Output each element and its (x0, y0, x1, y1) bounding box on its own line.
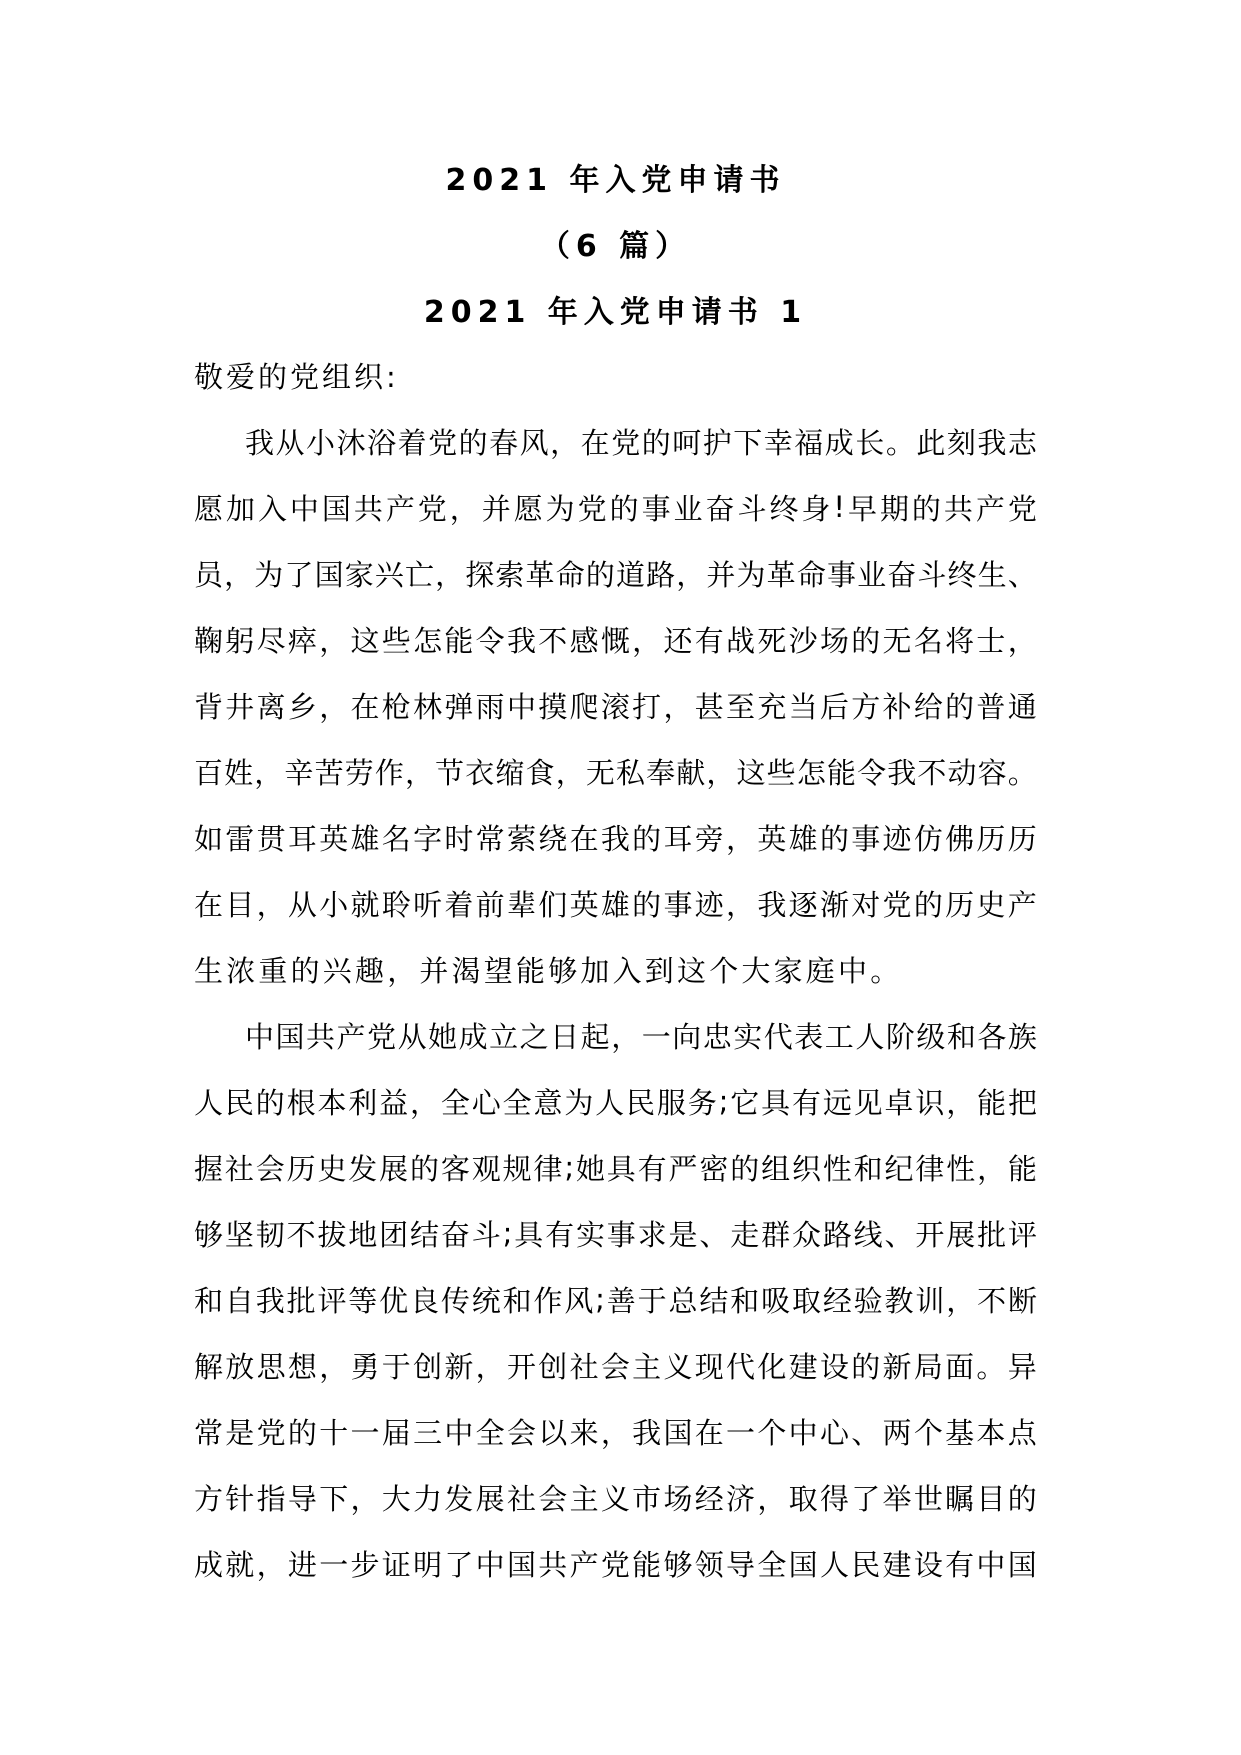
text-line: 背井离乡，在枪林弹雨中摸爬滚打，甚至充当后方补给的普通 (194, 672, 1037, 738)
text-line: 解放思想，勇于创新，开创社会主义现代化建设的新局面。异 (194, 1332, 1037, 1398)
text-line: 鞠躬尽瘁，这些怎能令我不感慨，还有战死沙场的无名将士， (194, 606, 1037, 672)
text-line: 在目，从小就聆听着前辈们英雄的事迹，我逐渐对党的历史产 (194, 870, 1037, 936)
document-subtitle: （6 篇） (194, 210, 1037, 276)
text-line: 常是党的十一届三中全会以来，我国在一个中心、两个基本点 (194, 1398, 1037, 1464)
text-line: 方针指导下，大力发展社会主义市场经济，取得了举世瞩目的 (194, 1464, 1037, 1530)
text-line: 人民的根本利益，全心全意为人民服务;它具有远见卓识，能把 (194, 1068, 1037, 1134)
text-line: 够坚韧不拔地团结奋斗;具有实事求是、走群众路线、开展批评 (194, 1200, 1037, 1266)
document-body: 我从小沐浴着党的春风，在党的呵护下幸福成长。此刻我志愿加入中国共产党，并愿为党的… (194, 408, 1037, 1596)
section-title: 2021 年入党申请书 1 (194, 276, 1037, 342)
text-line: 握社会历史发展的客观规律;她具有严密的组织性和纪律性，能 (194, 1134, 1037, 1200)
text-line: 中国共产党从她成立之日起，一向忠实代表工人阶级和各族 (194, 1002, 1037, 1068)
text-line: 员，为了国家兴亡，探索革命的道路，并为革命事业奋斗终生、 (194, 540, 1037, 606)
document-heading: 2021 年入党申请书 （6 篇） 2021 年入党申请书 1 (194, 144, 1037, 342)
document-title: 2021 年入党申请书 (194, 144, 1037, 210)
text-line: 百姓，辛苦劳作，节衣缩食，无私奉献，这些怎能令我不动容。 (194, 738, 1037, 804)
text-line: 如雷贯耳英雄名字时常萦绕在我的耳旁，英雄的事迹仿佛历历 (194, 804, 1037, 870)
document-page: 2021 年入党申请书 （6 篇） 2021 年入党申请书 1 敬爱的党组织: … (0, 0, 1241, 1755)
text-line: 愿加入中国共产党，并愿为党的事业奋斗终身!早期的共产党 (194, 474, 1037, 540)
text-line: 生浓重的兴趣，并渴望能够加入到这个大家庭中。 (194, 936, 1037, 1002)
salutation: 敬爱的党组织: (194, 342, 1037, 408)
text-line: 和自我批评等优良传统和作风;善于总结和吸取经验教训，不断 (194, 1266, 1037, 1332)
text-line: 我从小沐浴着党的春风，在党的呵护下幸福成长。此刻我志 (194, 408, 1037, 474)
text-line: 成就，进一步证明了中国共产党能够领导全国人民建设有中国 (194, 1530, 1037, 1596)
